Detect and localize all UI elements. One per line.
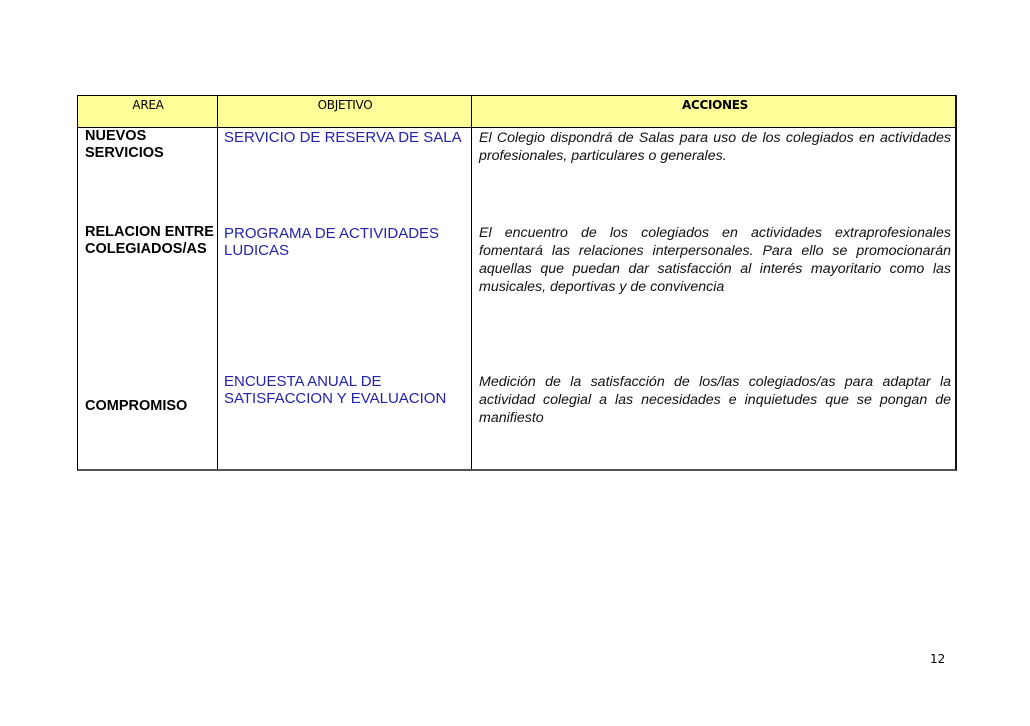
header-area: AREA	[78, 98, 218, 112]
table-header: AREA OBJETIVO ACCIONES	[78, 96, 955, 128]
header-objetivo: OBJETIVO	[218, 98, 472, 112]
row-2-acciones: El encuentro de los colegiados en activi…	[479, 224, 951, 296]
plan-table: AREA OBJETIVO ACCIONES NUEVOS SERVICIOS …	[77, 95, 957, 471]
row-2-objetivo: PROGRAMA DE ACTIVIDADES LUDICAS	[224, 225, 468, 259]
header-acciones: ACCIONES	[472, 98, 958, 112]
column-divider	[471, 96, 472, 469]
row-3-area: COMPROMISO	[85, 398, 215, 415]
row-1-area: NUEVOS SERVICIOS	[85, 128, 215, 162]
page-number: 12	[930, 652, 945, 666]
row-2-area: RELACION ENTRE COLEGIADOS/AS	[85, 224, 215, 258]
row-1-acciones: El Colegio dispondrá de Salas para uso d…	[479, 129, 951, 165]
row-3-objetivo: ENCUESTA ANUAL DE SATISFACCION Y EVALUAC…	[224, 373, 468, 407]
row-3-acciones: Medición de la satisfacción de los/las c…	[479, 373, 951, 427]
row-1-objetivo: SERVICIO DE RESERVA DE SALA	[224, 129, 468, 146]
column-divider	[217, 96, 218, 469]
